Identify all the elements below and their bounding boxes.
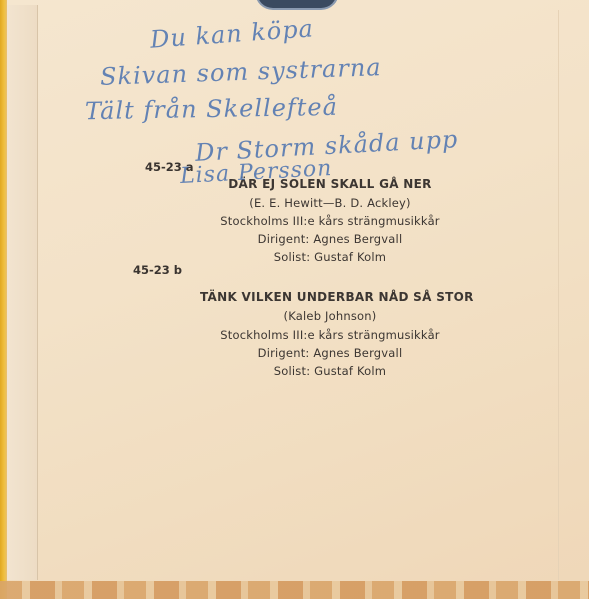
side-a-soloist: Solist: Gustaf Kolm bbox=[200, 250, 460, 264]
side-a-credits: (E. E. Hewitt—B. D. Ackley) bbox=[200, 196, 460, 210]
side-b-soloist: Solist: Gustaf Kolm bbox=[200, 364, 460, 378]
record-sleeve: 45-23 a DÄR EJ SOLEN SKALL GÅ NER (E. E.… bbox=[0, 0, 589, 599]
side-b-catalog-number: 45-23 b bbox=[133, 263, 182, 277]
side-b-credits: (Kaleb Johnson) bbox=[200, 309, 460, 323]
track-listing: 45-23 a DÄR EJ SOLEN SKALL GÅ NER (E. E.… bbox=[0, 0, 589, 599]
side-b-title: TÄNK VILKEN UNDERBAR NÅD SÅ STOR bbox=[200, 290, 460, 304]
side-a-conductor: Dirigent: Agnes Bergvall bbox=[200, 232, 460, 246]
side-a-performer: Stockholms III:e kårs strängmusikkår bbox=[200, 214, 460, 228]
side-b-performer: Stockholms III:e kårs strängmusikkår bbox=[200, 328, 460, 342]
side-b-conductor: Dirigent: Agnes Bergvall bbox=[200, 346, 460, 360]
handwriting-line: Tält från Skellefteå bbox=[85, 93, 338, 125]
